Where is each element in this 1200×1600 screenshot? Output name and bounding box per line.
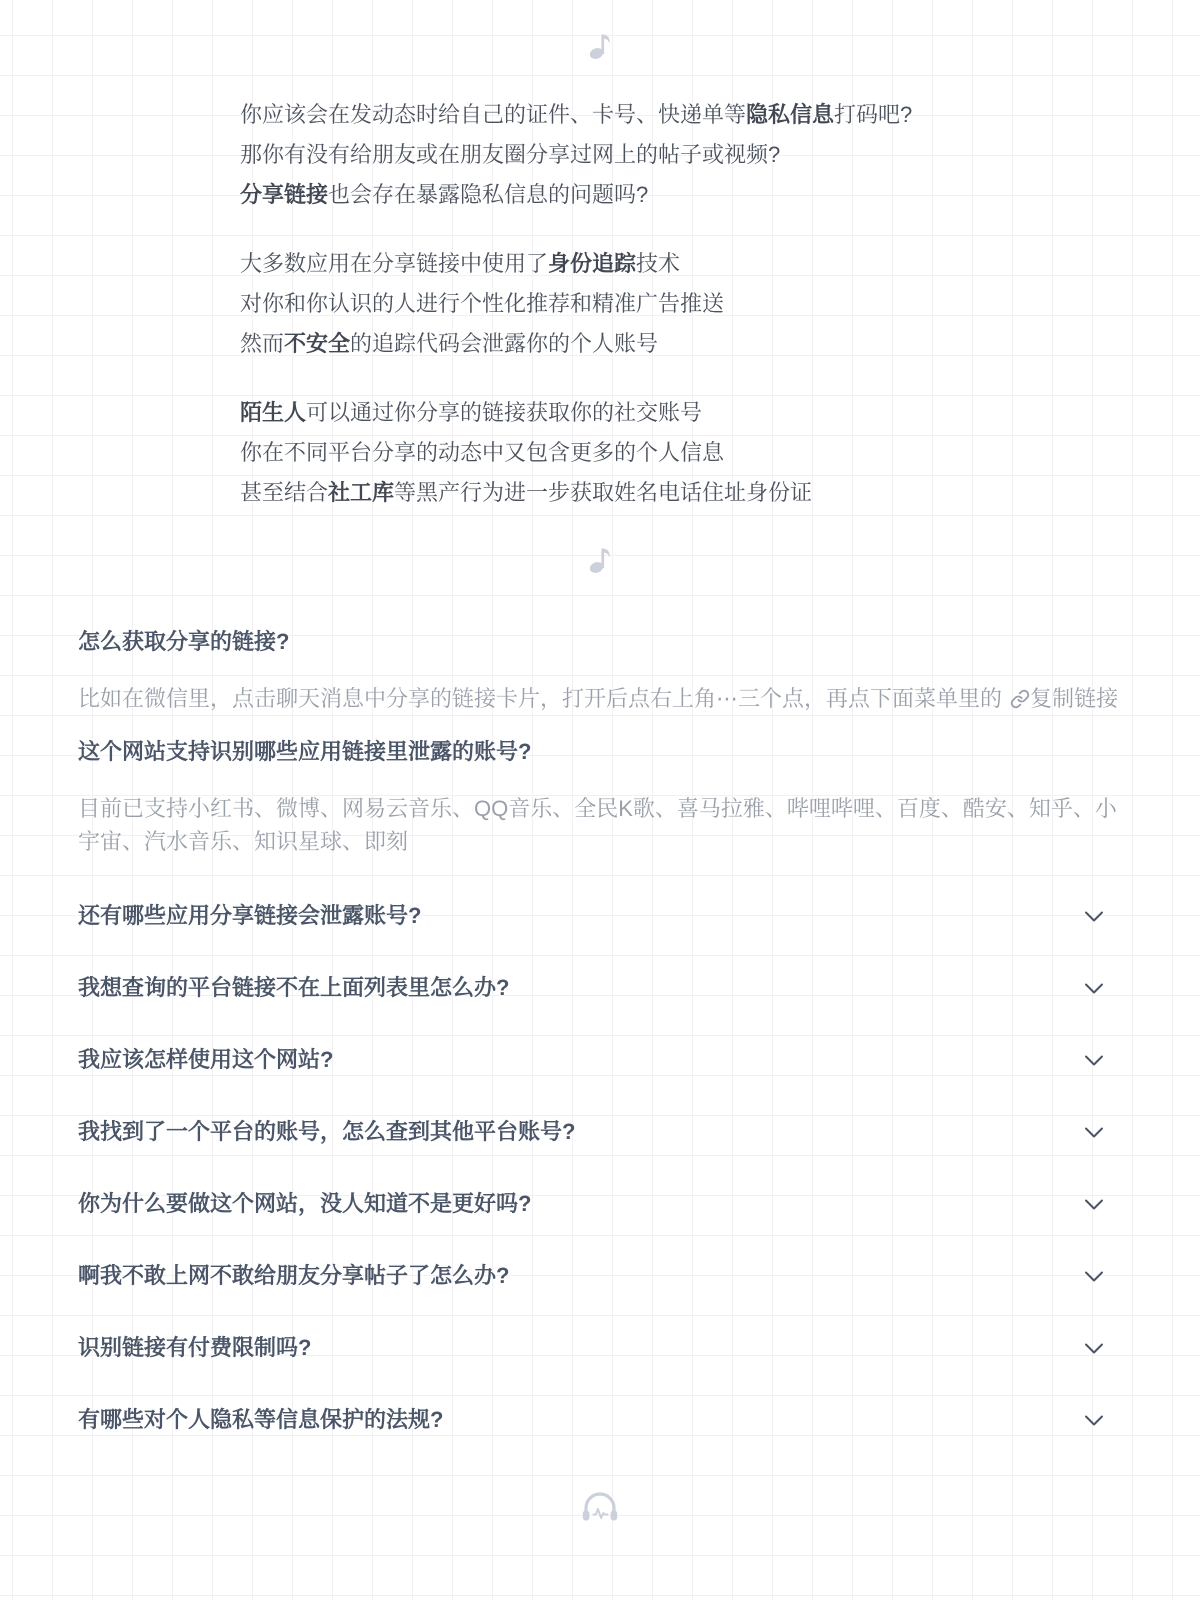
text-segment: 打码吧? bbox=[834, 102, 912, 127]
faq-item-collapsed[interactable]: 你为什么要做这个网站，没人知道不是更好吗? bbox=[78, 1168, 1122, 1240]
faq-question: 啊我不敢上网不敢给朋友分享帖子了怎么办? bbox=[78, 1261, 509, 1291]
text-segment: 技术 bbox=[636, 251, 680, 276]
faq-item-expanded: 这个网站支持识别哪些应用链接里泄露的账号?目前已支持小红书、微博、网易云音乐、Q… bbox=[78, 737, 1122, 858]
text-segment: 你在不同平台分享的动态中又包含更多的个人信息 bbox=[240, 440, 724, 465]
faq-question[interactable]: 怎么获取分享的链接? bbox=[78, 627, 1122, 657]
faq-answer: 目前已支持小红书、微博、网易云音乐、QQ音乐、全民K歌、喜马拉雅、哔哩哔哩、百度… bbox=[78, 792, 1122, 858]
highlight-text: 分享链接 bbox=[240, 182, 328, 207]
faq-item-collapsed[interactable]: 有哪些对个人隐私等信息保护的法规? bbox=[78, 1384, 1122, 1456]
music-note-icon bbox=[587, 28, 613, 62]
chevron-down-icon[interactable] bbox=[1084, 911, 1104, 922]
faq-item-collapsed[interactable]: 我找到了一个平台的账号，怎么查到其他平台账号? bbox=[78, 1096, 1122, 1168]
intro-line: 对你和你认识的人进行个性化推荐和精准广告推送 bbox=[240, 284, 1200, 324]
intro-line: 你应该会在发动态时给自己的证件、卡号、快递单等隐私信息打码吧? bbox=[240, 95, 1200, 135]
faq-question: 我应该怎样使用这个网站? bbox=[78, 1045, 333, 1075]
chevron-down-icon[interactable] bbox=[1084, 983, 1104, 994]
text-segment: 对你和你认识的人进行个性化推荐和精准广告推送 bbox=[240, 291, 724, 316]
faq-question: 我想查询的平台链接不在上面列表里怎么办? bbox=[78, 973, 509, 1003]
highlight-text: 身份追踪 bbox=[548, 251, 636, 276]
icon-row-top bbox=[0, 28, 1200, 62]
chevron-down-icon[interactable] bbox=[1084, 1127, 1104, 1138]
highlight-text: 陌生人 bbox=[240, 400, 306, 425]
text-segment: 你应该会在发动态时给自己的证件、卡号、快递单等 bbox=[240, 102, 746, 127]
faq-item-collapsed[interactable]: 我应该怎样使用这个网站? bbox=[78, 1024, 1122, 1096]
chevron-down-icon[interactable] bbox=[1084, 1415, 1104, 1426]
text-segment: 大多数应用在分享链接中使用了 bbox=[240, 251, 548, 276]
text-segment: 比如在微信里，点击聊天消息中分享的链接卡片，打开后点右上角⋯三个点，再点下面菜单… bbox=[78, 686, 1008, 711]
intro-line: 你在不同平台分享的动态中又包含更多的个人信息 bbox=[240, 433, 1200, 473]
intro-line: 分享链接也会存在暴露隐私信息的问题吗? bbox=[240, 175, 1200, 215]
icon-row-middle bbox=[0, 542, 1200, 576]
intro-line: 陌生人可以通过你分享的链接获取你的社交账号 bbox=[240, 393, 1200, 433]
icon-row-bottom bbox=[0, 1490, 1200, 1524]
text-segment: 可以通过你分享的链接获取你的社交账号 bbox=[306, 400, 702, 425]
highlight-text: 不安全 bbox=[284, 331, 350, 356]
faq-question: 我找到了一个平台的账号，怎么查到其他平台账号? bbox=[78, 1117, 575, 1147]
highlight-text: 隐私信息 bbox=[746, 102, 834, 127]
intro-paragraph: 你应该会在发动态时给自己的证件、卡号、快递单等隐私信息打码吧?那你有没有给朋友或… bbox=[240, 95, 1200, 215]
intro-paragraph: 陌生人可以通过你分享的链接获取你的社交账号你在不同平台分享的动态中又包含更多的个… bbox=[240, 393, 1200, 513]
text-segment: 那你有没有给朋友或在朋友圈分享过网上的帖子或视频? bbox=[240, 142, 780, 167]
text-segment: 的追踪代码会泄露你的个人账号 bbox=[350, 331, 658, 356]
text-segment: 目前已支持小红书、微博、网易云音乐、QQ音乐、全民K歌、喜马拉雅、哔哩哔哩、百度… bbox=[78, 796, 1117, 854]
intro-section: 你应该会在发动态时给自己的证件、卡号、快递单等隐私信息打码吧?那你有没有给朋友或… bbox=[240, 95, 1200, 513]
intro-line: 然而不安全的追踪代码会泄露你的个人账号 bbox=[240, 324, 1200, 364]
faq-question: 有哪些对个人隐私等信息保护的法规? bbox=[78, 1405, 443, 1435]
chevron-down-icon[interactable] bbox=[1084, 1055, 1104, 1066]
faq-question: 你为什么要做这个网站，没人知道不是更好吗? bbox=[78, 1189, 531, 1219]
faq-question: 还有哪些应用分享链接会泄露账号? bbox=[78, 901, 421, 931]
intro-line: 大多数应用在分享链接中使用了身份追踪技术 bbox=[240, 244, 1200, 284]
faq-item-collapsed[interactable]: 啊我不敢上网不敢给朋友分享帖子了怎么办? bbox=[78, 1240, 1122, 1312]
intro-line: 甚至结合社工库等黑产行为进一步获取姓名电话住址身份证 bbox=[240, 473, 1200, 513]
text-segment: 然而 bbox=[240, 331, 284, 356]
faq-item-collapsed[interactable]: 还有哪些应用分享链接会泄露账号? bbox=[78, 880, 1122, 952]
intro-paragraph: 大多数应用在分享链接中使用了身份追踪技术对你和你认识的人进行个性化推荐和精准广告… bbox=[240, 244, 1200, 364]
faq-answer: 比如在微信里，点击聊天消息中分享的链接卡片，打开后点右上角⋯三个点，再点下面菜单… bbox=[78, 682, 1122, 715]
music-note-icon bbox=[587, 542, 613, 576]
chevron-down-icon[interactable] bbox=[1084, 1271, 1104, 1282]
text-segment: 复制链接 bbox=[1030, 686, 1118, 711]
faq-question: 识别链接有付费限制吗? bbox=[78, 1333, 311, 1363]
chevron-down-icon[interactable] bbox=[1084, 1199, 1104, 1210]
link-icon bbox=[1010, 689, 1030, 709]
intro-line: 那你有没有给朋友或在朋友圈分享过网上的帖子或视频? bbox=[240, 135, 1200, 175]
faq-item-expanded: 怎么获取分享的链接?比如在微信里，点击聊天消息中分享的链接卡片，打开后点右上角⋯… bbox=[78, 627, 1122, 715]
text-segment: 甚至结合 bbox=[240, 480, 328, 505]
faq-section: 怎么获取分享的链接?比如在微信里，点击聊天消息中分享的链接卡片，打开后点右上角⋯… bbox=[78, 627, 1122, 1456]
faq-item-collapsed[interactable]: 我想查询的平台链接不在上面列表里怎么办? bbox=[78, 952, 1122, 1024]
highlight-text: 社工库 bbox=[328, 480, 394, 505]
faq-question[interactable]: 这个网站支持识别哪些应用链接里泄露的账号? bbox=[78, 737, 1122, 767]
text-segment: 也会存在暴露隐私信息的问题吗? bbox=[328, 182, 648, 207]
privacy-faq-page: 你应该会在发动态时给自己的证件、卡号、快递单等隐私信息打码吧?那你有没有给朋友或… bbox=[0, 28, 1200, 1524]
headphones-icon bbox=[579, 1490, 621, 1524]
faq-item-collapsed[interactable]: 识别链接有付费限制吗? bbox=[78, 1312, 1122, 1384]
chevron-down-icon[interactable] bbox=[1084, 1343, 1104, 1354]
text-segment: 等黑产行为进一步获取姓名电话住址身份证 bbox=[394, 480, 812, 505]
